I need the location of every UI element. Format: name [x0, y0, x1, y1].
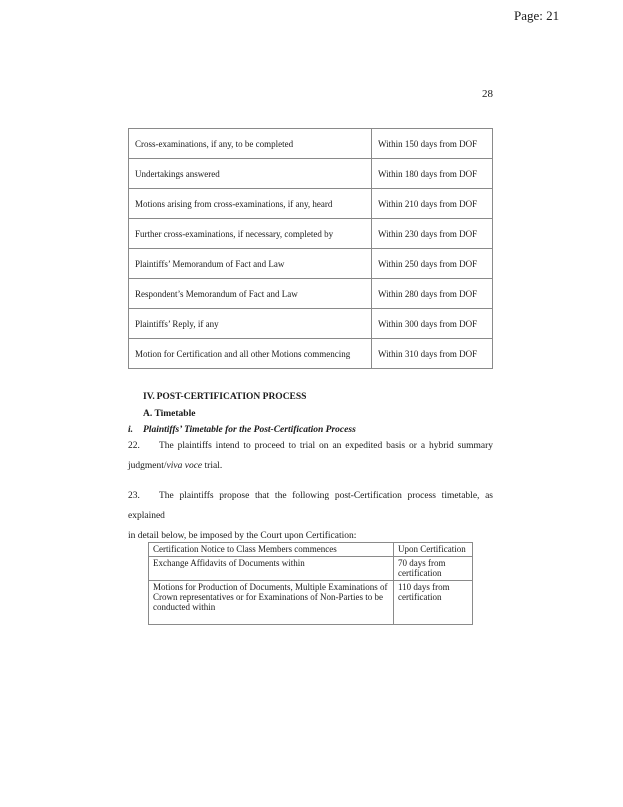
deadline-cell: 70 days from certification	[394, 557, 473, 581]
paragraph-22: 22.The plaintiffs intend to proceed to t…	[128, 436, 493, 476]
paragraph-23-line-1: 23.The plaintiffs propose that the follo…	[128, 486, 493, 526]
table-row: Motion for Certification and all other M…	[129, 339, 493, 369]
subsection-heading: A. Timetable	[143, 409, 195, 419]
step-cell: Exchange Affidavits of Documents within	[149, 557, 394, 581]
sub-subsection-heading: i.Plaintiffs’ Timetable for the Post-Cer…	[128, 425, 356, 435]
section-heading: IV. POST-CERTIFICATION PROCESS	[143, 392, 306, 402]
step-cell: Further cross-examinations, if necessary…	[129, 219, 372, 249]
sub-subsection-title: Plaintiffs’ Timetable for the Post-Certi…	[143, 425, 356, 435]
table-row: Further cross-examinations, if necessary…	[129, 219, 493, 249]
table-row: Respondent’s Memorandum of Fact and LawW…	[129, 279, 493, 309]
dof-timetable: Cross-examinations, if any, to be comple…	[128, 128, 493, 369]
step-cell: Cross-examinations, if any, to be comple…	[129, 129, 372, 159]
step-cell: Plaintiffs’ Reply, if any	[129, 309, 372, 339]
paragraph-number: 23.	[128, 486, 159, 506]
deadline-cell: Within 280 days from DOF	[372, 279, 493, 309]
deadline-cell: Upon Certification	[394, 543, 473, 557]
paragraph-23: 23.The plaintiffs propose that the follo…	[128, 486, 493, 546]
deadline-cell: 110 days from certification	[394, 581, 473, 625]
table-row: Motions for Production of Documents, Mul…	[149, 581, 473, 625]
table-row: Cross-examinations, if any, to be comple…	[129, 129, 493, 159]
table-row: Certification Notice to Class Members co…	[149, 543, 473, 557]
step-cell: Respondent’s Memorandum of Fact and Law	[129, 279, 372, 309]
paragraph-23-line-2: in detail below, be imposed by the Court…	[128, 531, 356, 541]
table-row: Plaintiffs’ Reply, if anyWithin 300 days…	[129, 309, 493, 339]
deadline-cell: Within 230 days from DOF	[372, 219, 493, 249]
sub-subsection-numeral: i.	[128, 425, 143, 435]
paragraph-number: 22.	[128, 436, 159, 456]
page-label: Page: 21	[514, 8, 559, 24]
table-row: Plaintiffs’ Memorandum of Fact and LawWi…	[129, 249, 493, 279]
step-cell: Certification Notice to Class Members co…	[149, 543, 394, 557]
post-certification-timetable: Certification Notice to Class Members co…	[148, 542, 473, 625]
step-cell: Motions arising from cross-examinations,…	[129, 189, 372, 219]
deadline-cell: Within 250 days from DOF	[372, 249, 493, 279]
table-row: Motions arising from cross-examinations,…	[129, 189, 493, 219]
italic-term: viva voce	[167, 461, 203, 471]
deadline-cell: Within 210 days from DOF	[372, 189, 493, 219]
step-cell: Motion for Certification and all other M…	[129, 339, 372, 369]
deadline-cell: Within 180 days from DOF	[372, 159, 493, 189]
document-page-number: 28	[482, 88, 493, 100]
table-row: Undertakings answeredWithin 180 days fro…	[129, 159, 493, 189]
deadline-cell: Within 300 days from DOF	[372, 309, 493, 339]
paragraph-22-line-2: judgment/viva voce trial.	[128, 461, 222, 471]
step-cell: Plaintiffs’ Memorandum of Fact and Law	[129, 249, 372, 279]
step-cell: Motions for Production of Documents, Mul…	[149, 581, 394, 625]
deadline-cell: Within 150 days from DOF	[372, 129, 493, 159]
table-row: Exchange Affidavits of Documents within7…	[149, 557, 473, 581]
deadline-cell: Within 310 days from DOF	[372, 339, 493, 369]
paragraph-22-line-1: 22.The plaintiffs intend to proceed to t…	[128, 436, 493, 456]
step-cell: Undertakings answered	[129, 159, 372, 189]
